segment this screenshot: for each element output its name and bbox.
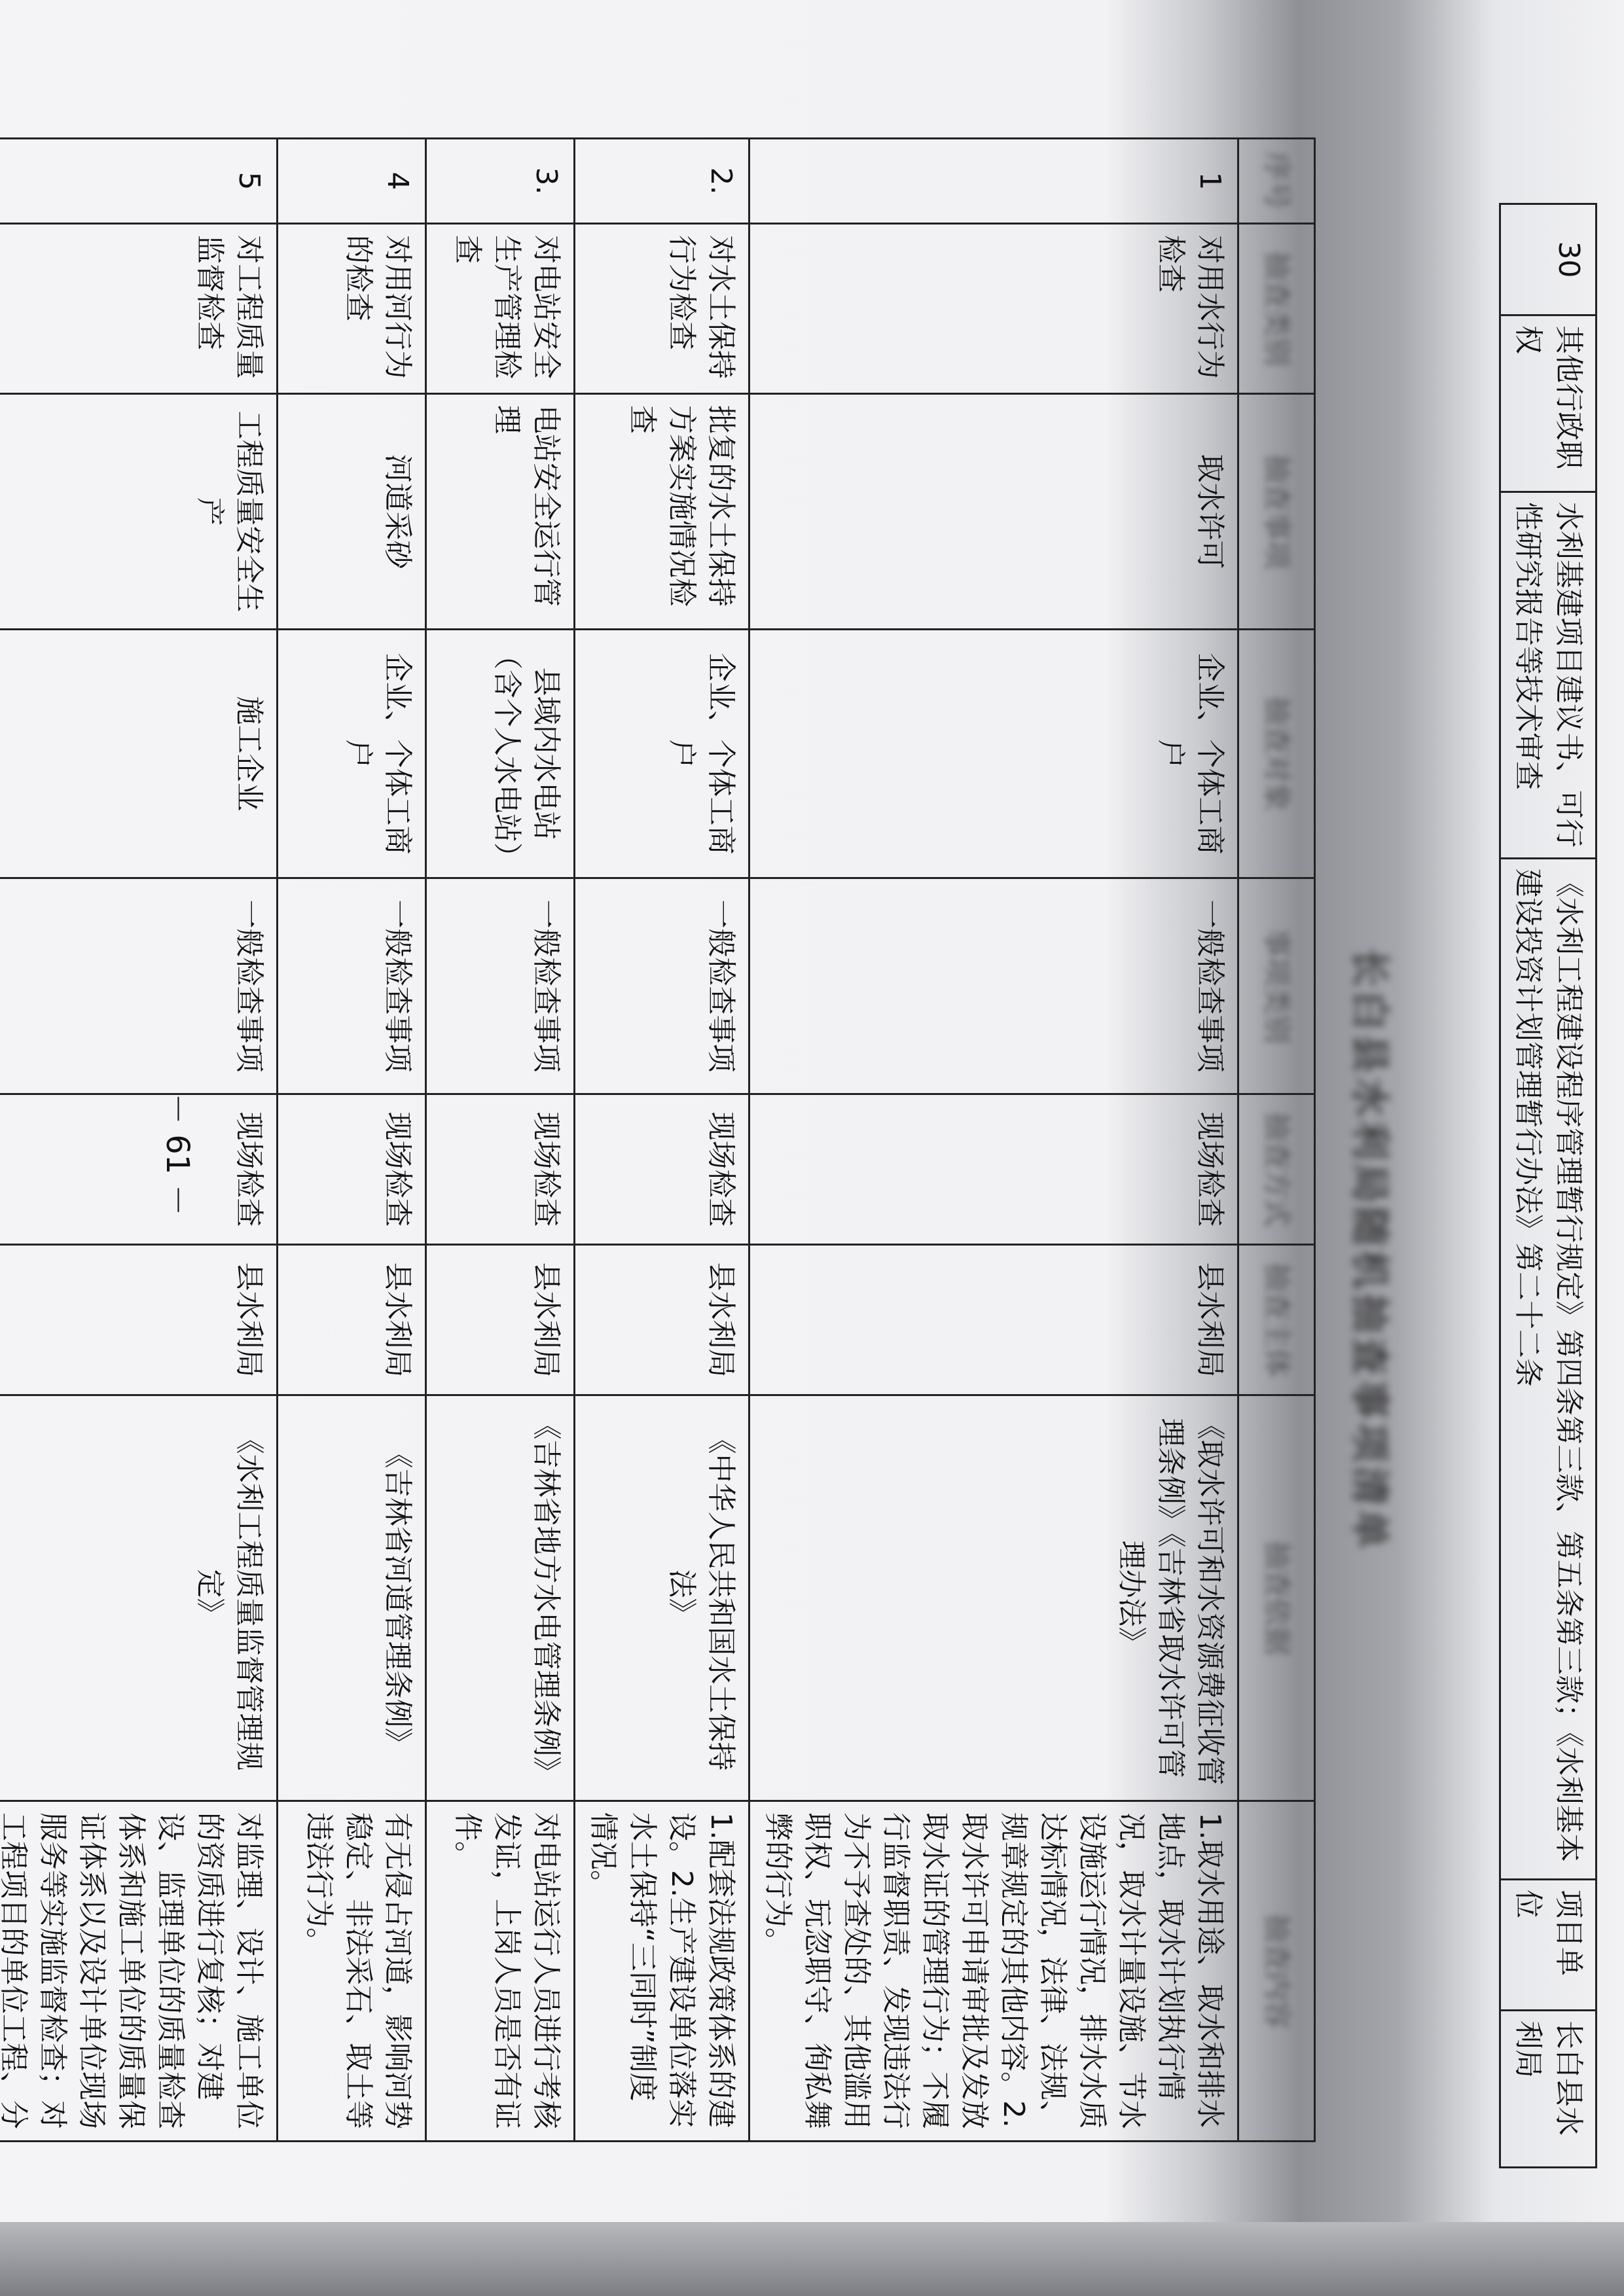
method-cell: 现场检查 [0, 1094, 278, 1245]
method-cell: 现场检查 [575, 1094, 749, 1245]
method-cell: 现场检查 [426, 1094, 575, 1245]
header-row: 序号 抽查类别 抽查事项 抽查对象 事项类别 抽查方式 抽查主体 抽查依据 抽查… [1238, 139, 1315, 2142]
category-cell: 对水土保持行为检查 [575, 224, 749, 394]
header-category: 抽查类别 [1238, 224, 1315, 394]
type-cell: 一般检查事项 [575, 878, 749, 1094]
item-cell: 河道采砂 [278, 394, 426, 630]
basis-cell: 《吉林省地方水电管理条例》 [426, 1395, 575, 1801]
header-type: 事项类别 [1238, 878, 1315, 1094]
basis-cell: 《水利工程建设程序管理暂行规定》第四条第三款、第五条第三款；《水利基本建设投资计… [1500, 859, 1597, 1880]
target-cell: 项目单位 [1500, 1880, 1597, 2011]
content-cell: 对监理、设计、施工单位的资质进行复核；对建设、监理单位的质量检查体系和施工单位的… [0, 1801, 278, 2142]
basis-cell: 《吉林省河道管理条例》 [278, 1395, 426, 1801]
header-content: 抽查内容 [1238, 1801, 1315, 2142]
content-cell: 有无侵占河道，影响河势稳定、非法采石、取土等违法行为。 [278, 1801, 426, 2142]
method-cell: 现场检查 [278, 1094, 426, 1245]
rotated-document-page: 30 其他行政职权 水利基建项目建议书、可行性研究报告等技术审查 《水利工程建设… [157, 137, 1597, 2219]
item-cell: 电站安全运行管理 [426, 394, 575, 630]
row-number: 2. [575, 139, 749, 224]
target-cell: 企业、个体工商户 [278, 630, 426, 878]
table-row: 1 对用水行为检查 取水许可 企业、个体工商户 一般检查事项 现场检查 县水利局… [749, 139, 1238, 2142]
page-number: － 61 － [158, 1093, 203, 1216]
department-cell: 长白县水利局 [1500, 2011, 1597, 2168]
item-cell: 水利基建项目建议书、可行性研究报告等技术审查 [1500, 492, 1597, 859]
target-cell: 县域内水电站（含个人水电站） [426, 630, 575, 878]
table-row: 2. 对水土保持行为检查 批复的水土保持方案实施情况检查 企业、个体工商户 一般… [575, 139, 749, 2142]
category-cell: 对用河行为的检查 [278, 224, 426, 394]
item-cell: 工程质量安全生产 [0, 394, 278, 630]
subject-cell: 县水利局 [0, 1245, 278, 1395]
category-cell: 对用水行为检查 [749, 224, 1238, 394]
target-cell: 企业、个体工商户 [575, 630, 749, 878]
header-subject: 抽查主体 [1238, 1245, 1315, 1395]
subject-cell: 县水利局 [278, 1245, 426, 1395]
document-title: 长白县水利局随机抽查事项清单 [1344, 596, 1401, 1905]
header-no: 序号 [1238, 139, 1315, 224]
method-cell: 现场检查 [749, 1094, 1238, 1245]
subject-cell: 县水利局 [749, 1245, 1238, 1395]
table-row: 4 对用河行为的检查 河道采砂 企业、个体工商户 一般检查事项 现场检查 县水利… [278, 139, 426, 2142]
row-number: 4 [278, 139, 426, 224]
type-cell: 一般检查事项 [0, 878, 278, 1094]
table-row: 30 其他行政职权 水利基建项目建议书、可行性研究报告等技术审查 《水利工程建设… [1500, 204, 1597, 2168]
header-item: 抽查事项 [1238, 394, 1315, 630]
basis-cell: 《水利工程质量监督管理规定》 [0, 1395, 278, 1801]
table-row: 5 对工程质量监督检查 工程质量安全生产 施工企业 一般检查事项 现场检查 县水… [0, 139, 278, 2142]
header-target: 抽查对象 [1238, 630, 1315, 878]
row-number: 1 [749, 139, 1238, 224]
type-cell: 一般检查事项 [749, 878, 1238, 1094]
item-cell: 批复的水土保持方案实施情况检查 [575, 394, 749, 630]
subject-cell: 县水利局 [575, 1245, 749, 1395]
content-cell: 1.配套法规政策体系的建设。2.生产建设单位落实水土保持“三同时”制度情况。 [575, 1801, 749, 2142]
content-cell: 对电站运行人员进行考核发证，上岗人员是否有证件。 [426, 1801, 575, 2142]
category-cell: 对工程质量监督检查 [0, 224, 278, 394]
header-method: 抽查方式 [1238, 1094, 1315, 1245]
row-number: 30 [1500, 204, 1597, 315]
item-cell: 取水许可 [749, 394, 1238, 630]
type-cell: 一般检查事项 [426, 878, 575, 1094]
header-basis: 抽查依据 [1238, 1395, 1315, 1801]
row-number: 5 [0, 139, 278, 224]
scanner-shadow [0, 2222, 1624, 2296]
subject-cell: 县水利局 [426, 1245, 575, 1395]
category-cell: 对电站安全生产管理检查 [426, 224, 575, 394]
content-cell: 1.取水用途、取水和排水地点，取水计划执行情况，取水计量设施、节水设施运行情况，… [749, 1801, 1238, 2142]
category-cell: 其他行政职权 [1500, 315, 1597, 492]
target-cell: 施工企业 [0, 630, 278, 878]
basis-cell: 《取水许可和水资源费征收管理条例》《吉林省取水许可管理办法》 [749, 1395, 1238, 1801]
basis-cell: 《中华人民共和国水土保持法》 [575, 1395, 749, 1801]
row-number: 3. [426, 139, 575, 224]
previous-table-continuation: 30 其他行政职权 水利基建项目建议书、可行性研究报告等技术审查 《水利工程建设… [1499, 203, 1597, 2168]
type-cell: 一般检查事项 [278, 878, 426, 1094]
target-cell: 企业、个体工商户 [749, 630, 1238, 878]
table-row: 3. 对电站安全生产管理检查 电站安全运行管理 县域内水电站（含个人水电站） 一… [426, 139, 575, 2142]
